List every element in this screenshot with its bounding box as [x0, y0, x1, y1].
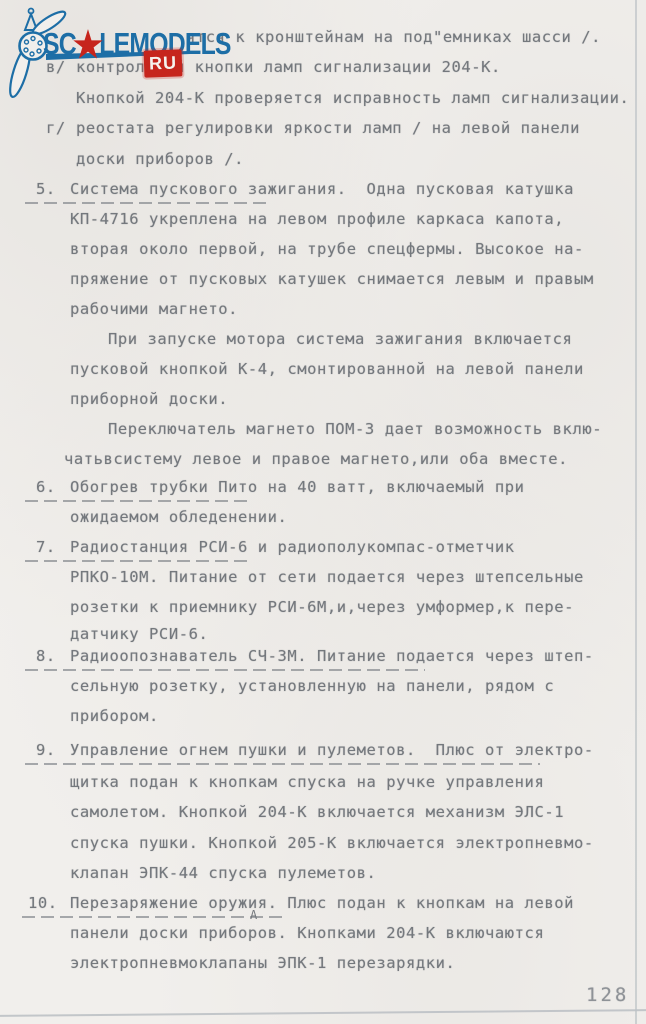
text-line: чатьвсистему левое и правое магнето,или …: [64, 449, 568, 469]
text-line: вторая около первой, на трубе спецфермы.…: [70, 239, 584, 259]
text-line: щитка подан к кнопкам спуска на ручке уп…: [70, 772, 544, 792]
text-line: спуска пушки. Кнопкой 205-К включается э…: [70, 833, 594, 853]
text-line: прибором.: [70, 706, 159, 726]
dashed-underline: [25, 560, 253, 562]
text-line: рабочими магнето.: [70, 299, 238, 319]
item-marker: 8.: [36, 646, 56, 666]
text-line: доски приборов /.: [76, 149, 244, 169]
text-line: пусковой кнопкой К-4, смонтированной на …: [70, 359, 584, 379]
text-line: самолетом. Кнопкой 204-К включается меха…: [70, 802, 564, 822]
dashed-underline: [25, 500, 250, 502]
dashed-underline: [22, 916, 282, 918]
text-line: датчику РСИ-6.: [70, 624, 208, 644]
scanned-page: ятся к кронштейнам на под"емниках шасси …: [0, 0, 646, 1024]
dashed-underline: [25, 763, 540, 765]
page-edge-vertical: [635, 0, 637, 1024]
item-marker: 9.: [36, 740, 56, 760]
dashed-underline: [25, 669, 425, 671]
item-marker: 5.: [36, 179, 56, 199]
item-marker: 7.: [36, 537, 56, 557]
star-icon: ★: [73, 24, 103, 66]
text-line: панели доски приборов. Кнопками 204-К вк…: [70, 923, 544, 943]
text-line: приборной доски.: [70, 389, 228, 409]
text-line: Обогрев трубки Пито на 40 ватт, включаем…: [70, 477, 525, 497]
text-line: Система пускового зажигания. Одна пусков…: [70, 179, 574, 199]
text-line: Управление огнем пушки и пулеметов. Плюс…: [70, 740, 594, 760]
page-number: 128: [586, 984, 629, 1006]
watermark-brand-text: SC★LEMODELS: [43, 24, 231, 66]
text-line: сельную розетку, установленную на панели…: [70, 676, 554, 696]
text-line: клапан ЭПК-44 спуска пулеметов.: [70, 863, 376, 883]
text-line: электропневмоклапаны ЭПК-1 перезарядки.: [70, 953, 455, 973]
brand-prefix: SC: [43, 26, 76, 61]
text-line: ожидаемом обледенении.: [70, 507, 287, 527]
text-line: ятся к кронштейнам на под"емниках шасси …: [186, 27, 601, 47]
text-line: КП-4716 укреплена на левом профиле карка…: [70, 209, 564, 229]
text-line: Радиостанция РСИ-6 и радиополукомпас-отм…: [70, 537, 515, 557]
text-line: пряжение от пусковых катушек снимается л…: [70, 269, 594, 289]
text-line: Переключатель магнето ПОМ-3 дает возможн…: [108, 419, 602, 439]
superscript-correction: А: [250, 908, 257, 922]
text-line: РПКО-10М. Питание от сети подается через…: [70, 567, 584, 587]
page-edge-horizontal: [0, 1009, 646, 1017]
text-line: Перезаряжение оружия. Плюс подан к кнопк…: [70, 893, 574, 913]
text-line: При запуске мотора система зажигания вкл…: [108, 329, 572, 349]
dashed-underline: [25, 202, 270, 204]
item-marker: 6.: [36, 477, 56, 497]
ru-badge: RU: [144, 49, 183, 77]
text-line: Радиоопознаватель СЧ-3М. Питание подаетс…: [70, 646, 594, 666]
text-line: розетки к приемнику РСИ-6М,и,через умфор…: [70, 597, 574, 617]
item-marker: 10.: [28, 893, 58, 913]
